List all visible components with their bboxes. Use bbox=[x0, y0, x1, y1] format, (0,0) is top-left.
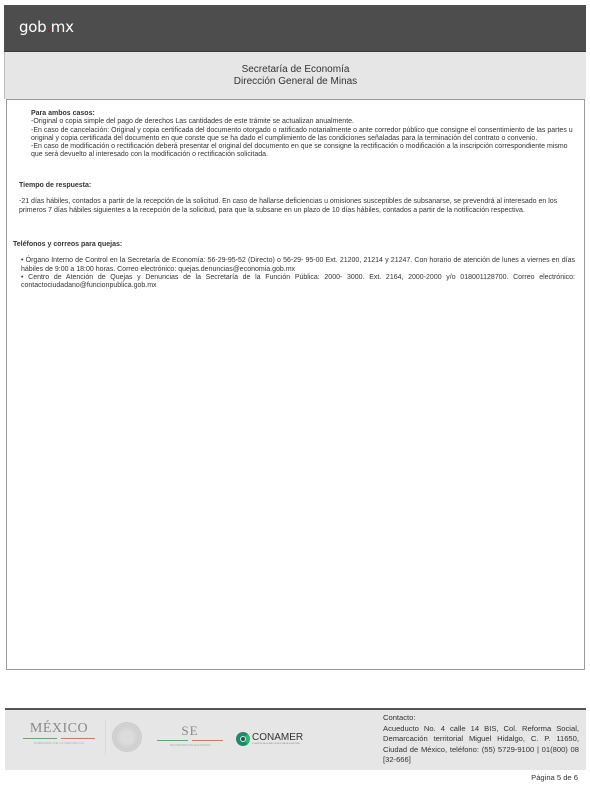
bullet-icon: • bbox=[21, 257, 23, 264]
red-line bbox=[192, 740, 223, 741]
conamer-mark-icon bbox=[236, 732, 250, 746]
red-line bbox=[61, 738, 95, 739]
requirements-section: Para ambos casos: -Original o copia simp… bbox=[31, 110, 576, 160]
logo-suffix: mx bbox=[51, 18, 74, 36]
response-time-text: -21 días hábiles, contados a partir de l… bbox=[19, 198, 574, 215]
response-time-title: Tiempo de respuesta: bbox=[19, 182, 574, 190]
conamer-word: CONAMER bbox=[252, 732, 303, 743]
secretariat-title: Secretaría de Economía bbox=[5, 64, 586, 76]
complaint-item: • Centro de Atención de Quejas y Denunci… bbox=[13, 274, 575, 291]
complaints-title: Teléfonos y correos para quejas: bbox=[13, 241, 575, 249]
response-time-section: Tiempo de respuesta: -21 días hábiles, c… bbox=[19, 182, 574, 215]
document-header: Secretaría de Economía Dirección General… bbox=[4, 52, 586, 99]
se-logo-word: SE bbox=[157, 723, 223, 739]
contact-label: Contacto: bbox=[383, 713, 579, 724]
contact-info: Contacto: Acueducto No. 4 calle 14 BIS, … bbox=[383, 713, 579, 766]
green-line bbox=[23, 738, 57, 739]
tricolor-lines bbox=[157, 740, 223, 741]
mexico-logo: MÉXICO GOBIERNO DE LA REPÚBLICA bbox=[23, 721, 95, 751]
logo-text: gob bbox=[19, 18, 46, 36]
complaints-section: Teléfonos y correos para quejas: • Órgan… bbox=[13, 241, 575, 290]
gobmx-logo[interactable]: gob.mx bbox=[19, 18, 74, 36]
contact-text: Acueducto No. 4 calle 14 BIS, Col. Refor… bbox=[383, 724, 579, 766]
complaint-text: Órgano Interno de Control en la Secretar… bbox=[21, 257, 575, 272]
conamer-text: CONAMER COMISIÓN NACIONAL DE MEJORA REGU… bbox=[252, 733, 303, 746]
conamer-subtitle: COMISIÓN NACIONAL DE MEJORA REGULATORIA bbox=[252, 743, 303, 746]
requirements-title: Para ambos casos: bbox=[31, 110, 576, 118]
tricolor-lines bbox=[23, 738, 95, 739]
green-line bbox=[157, 740, 188, 741]
conamer-logo: CONAMER COMISIÓN NACIONAL DE MEJORA REGU… bbox=[236, 730, 303, 748]
emblem-seal bbox=[112, 722, 142, 752]
requirement-line: -Original o copia simple del pago de der… bbox=[31, 118, 576, 126]
footer: MÉXICO GOBIERNO DE LA REPÚBLICA SE SECRE… bbox=[5, 708, 586, 770]
se-logo-subtitle: SECRETARÍA DE ECONOMÍA bbox=[157, 743, 223, 747]
top-bar: gob.mx bbox=[4, 5, 586, 52]
se-logo: SE SECRETARÍA DE ECONOMÍA bbox=[157, 723, 223, 751]
complaint-item: • Órgano Interno de Control en la Secret… bbox=[13, 257, 575, 274]
mexico-logo-word: MÉXICO bbox=[23, 721, 95, 737]
page-number: Página 5 de 6 bbox=[531, 773, 578, 782]
complaint-text: Centro de Atención de Quejas y Denuncias… bbox=[21, 274, 575, 289]
directorate-title: Dirección General de Minas bbox=[5, 76, 586, 88]
requirement-line: -En caso de modificación o rectificación… bbox=[31, 143, 576, 160]
mexico-logo-subtitle: GOBIERNO DE LA REPÚBLICA bbox=[23, 741, 95, 745]
content-box: Para ambos casos: -Original o copia simp… bbox=[6, 99, 585, 670]
national-emblem-icon bbox=[105, 719, 143, 755]
requirement-line: -En caso de cancelación: Original y copi… bbox=[31, 127, 576, 144]
bullet-icon: • bbox=[21, 274, 23, 281]
